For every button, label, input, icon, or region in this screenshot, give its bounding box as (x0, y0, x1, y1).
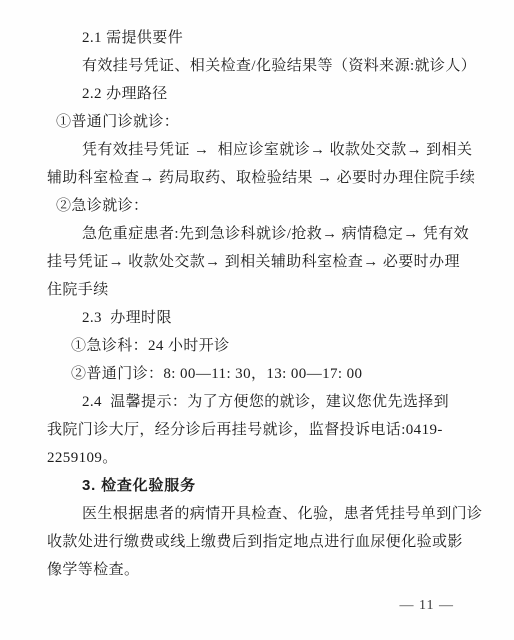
document-line: 2.4 温馨提示：为了方便您的就诊，建议您优先选择到 (47, 388, 464, 416)
document-line: 像学等检查。 (47, 556, 464, 584)
page-number: — 11 — (400, 598, 454, 613)
page-footer: — 11 — (0, 596, 454, 614)
document-line: ②普通门诊：8: 00—11: 30，13: 00—17: 00 (47, 360, 464, 388)
document-line: 医生根据患者的病情开具检查、化验，患者凭挂号单到门诊 (47, 500, 464, 528)
document-line: 挂号凭证→ 收款处交款→ 到相关辅助科室检查→ 必要时办理 (47, 248, 464, 276)
document-line: ①急诊科：24 小时开诊 (47, 332, 464, 360)
document-line: 收款处进行缴费或线上缴费后到指定地点进行血尿便化验或影 (47, 528, 464, 556)
document-line: ②急诊就诊： (47, 192, 464, 220)
document-line: 住院手续 (47, 276, 464, 304)
document-line: 2.2 办理路径 (47, 80, 464, 108)
document-page: 2.1 需提供要件有效挂号凭证、相关检查/化验结果等（资料来源:就诊人）2.2 … (0, 0, 514, 640)
document-line: 2259109。 (47, 444, 464, 472)
document-line: 辅助科室检查→ 药局取药、取检验结果 → 必要时办理住院手续 (47, 164, 464, 192)
document-line: 我院门诊大厅，经分诊后再挂号就诊，监督投诉电话:0419- (47, 416, 464, 444)
document-body: 2.1 需提供要件有效挂号凭证、相关检查/化验结果等（资料来源:就诊人）2.2 … (47, 24, 464, 584)
document-line: 急危重症患者:先到急诊科就诊/抢救→ 病情稳定→ 凭有效 (47, 220, 464, 248)
document-line: ①普通门诊就诊： (47, 108, 464, 136)
document-line: 凭有效挂号凭证 → 相应诊室就诊→ 收款处交款→ 到相关 (47, 136, 464, 164)
section-heading-line: 3. 检查化验服务 (47, 472, 464, 500)
document-line: 有效挂号凭证、相关检查/化验结果等（资料来源:就诊人） (47, 52, 464, 80)
document-line: 2.1 需提供要件 (47, 24, 464, 52)
document-line: 2.3 办理时限 (47, 304, 464, 332)
